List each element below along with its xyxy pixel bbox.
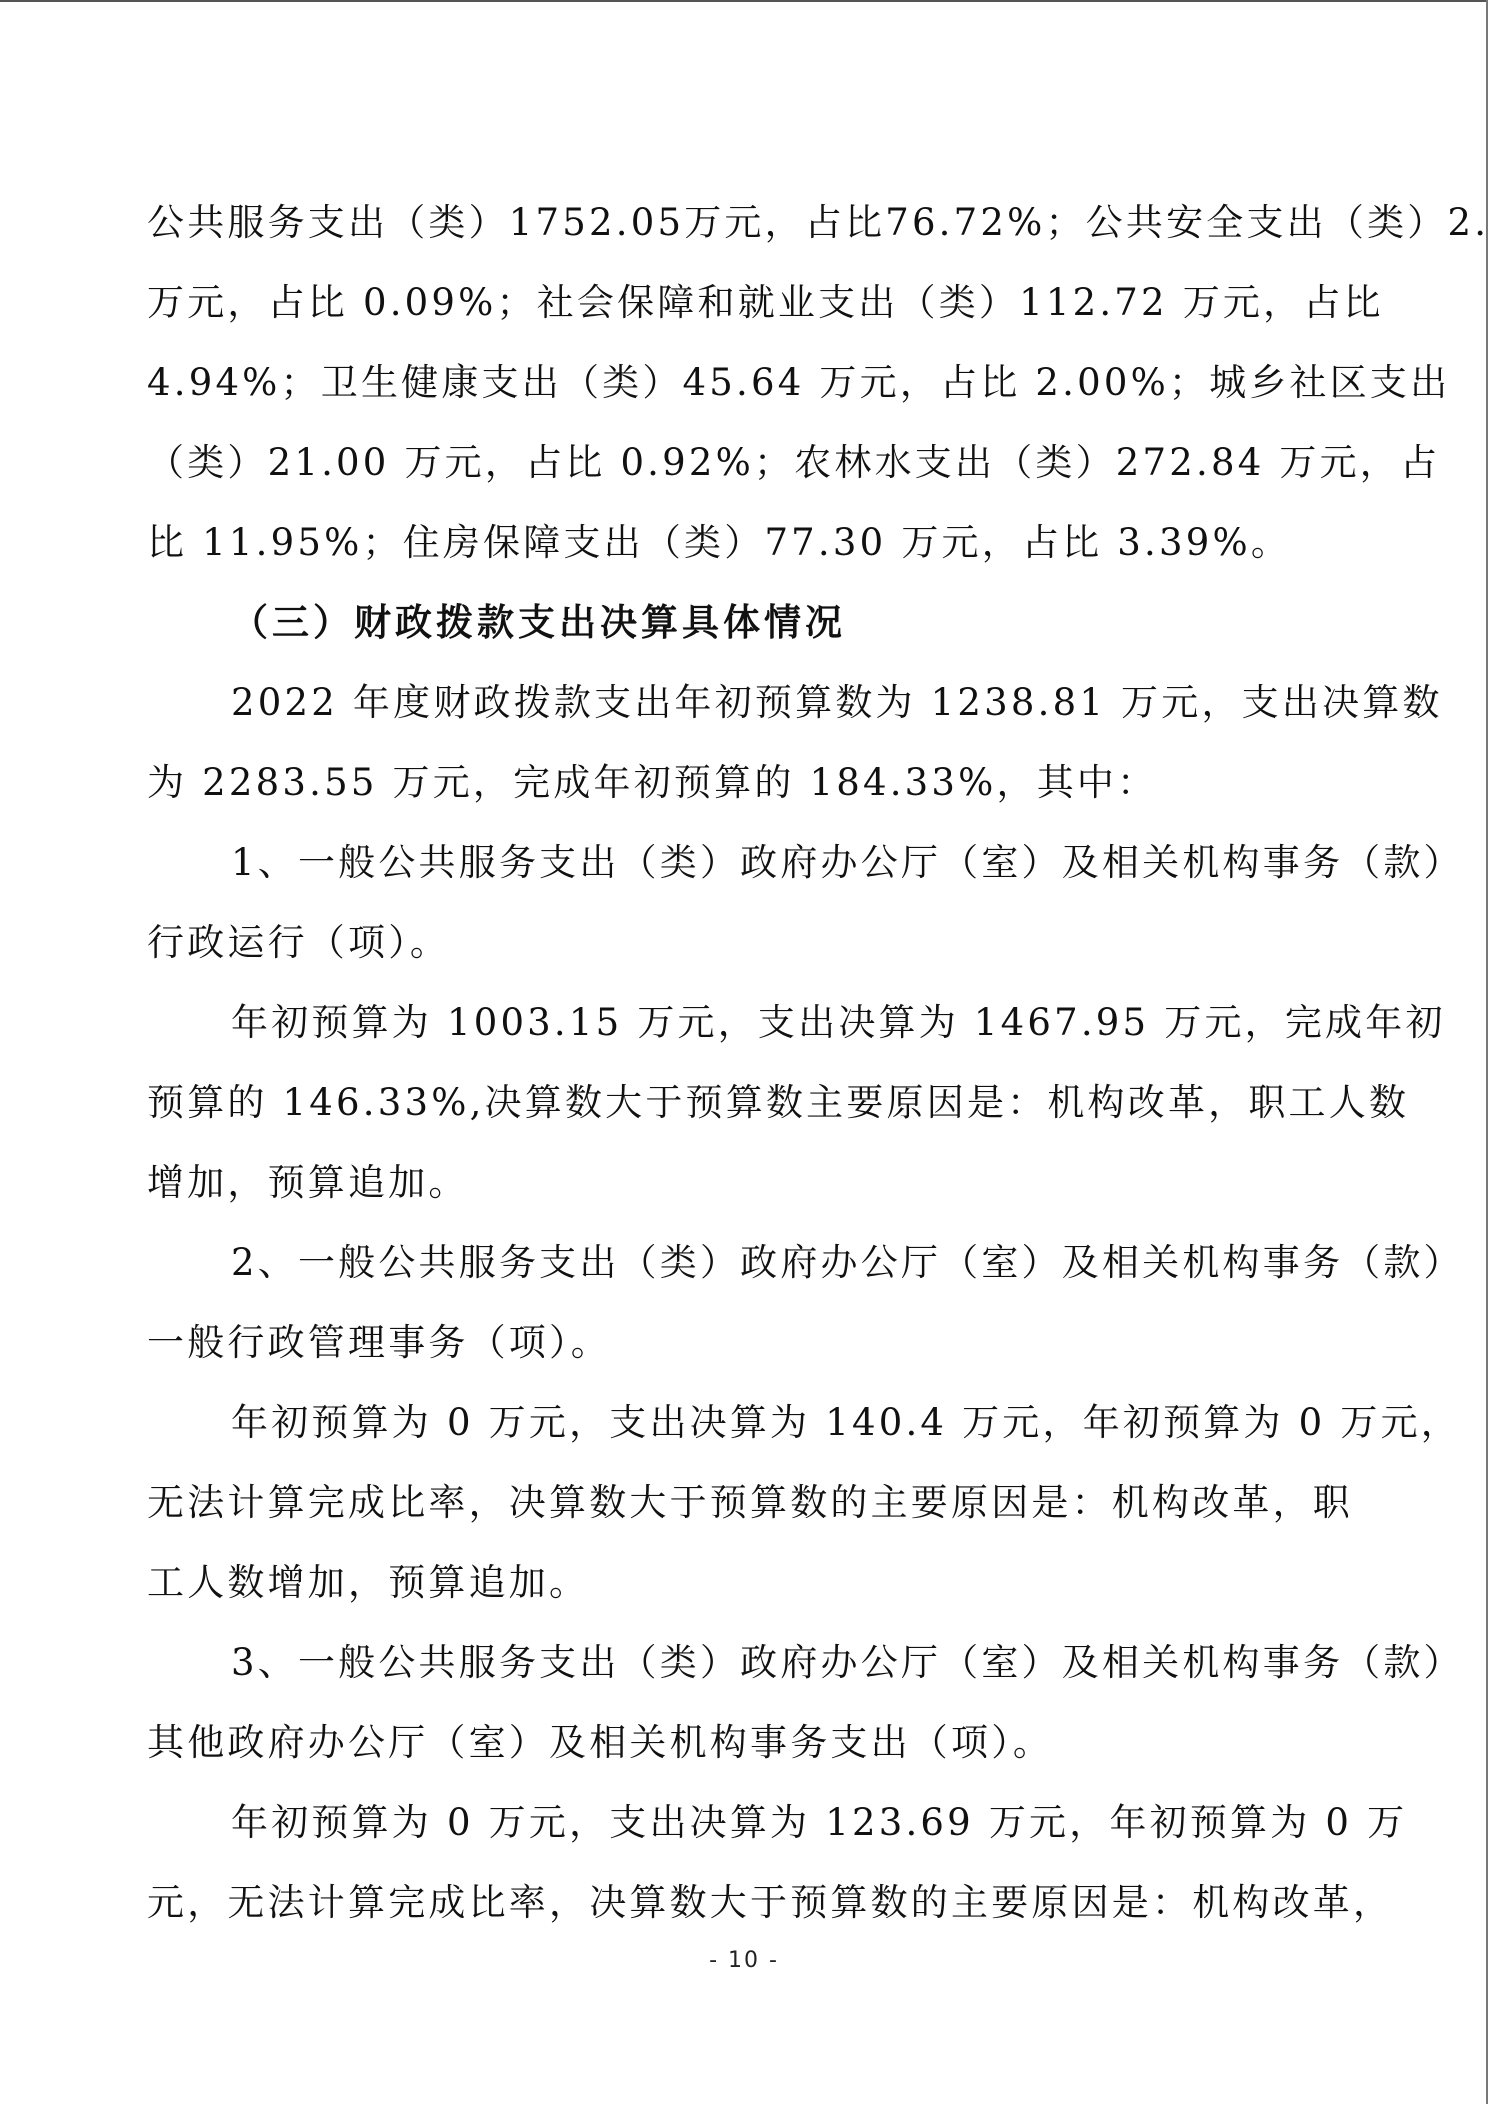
paragraph-line: 公共服务支出（类）1752.05万元，占比76.72%；公共安全支出（类）2.0…	[147, 195, 1347, 275]
item-body-line: 年初预算为 0 万元，支出决算为 140.4 万元，年初预算为 0 万元，	[147, 1395, 1347, 1475]
item-body-line: 年初预算为 0 万元，支出决算为 123.69 万元，年初预算为 0 万	[147, 1795, 1347, 1875]
document-page: 公共服务支出（类）1752.05万元，占比76.72%；公共安全支出（类）2.0…	[147, 195, 1347, 1955]
item-body-line: 预算的 146.33%,决算数大于预算数主要原因是：机构改革，职工人数	[147, 1075, 1347, 1155]
item-title-line: 行政运行（项）。	[147, 915, 1347, 995]
item-title-line: 2、一般公共服务支出（类）政府办公厅（室）及相关机构事务（款）	[147, 1235, 1347, 1315]
item-body-line: 增加，预算追加。	[147, 1155, 1347, 1235]
item-title-line: 1、一般公共服务支出（类）政府办公厅（室）及相关机构事务（款）	[147, 835, 1347, 915]
section-heading: （三）财政拨款支出决算具体情况	[147, 595, 1347, 675]
paragraph-line: （类）21.00 万元，占比 0.92%；农林水支出（类）272.84 万元，占	[147, 435, 1347, 515]
paragraph-line: 比 11.95%；住房保障支出（类）77.30 万元，占比 3.39%。	[147, 515, 1347, 595]
item-title-line: 其他政府办公厅（室）及相关机构事务支出（项）。	[147, 1715, 1347, 1795]
item-title-line: 3、一般公共服务支出（类）政府办公厅（室）及相关机构事务（款）	[147, 1635, 1347, 1715]
item-body-line: 无法计算完成比率，决算数大于预算数的主要原因是：机构改革，职	[147, 1475, 1347, 1555]
item-body-line: 年初预算为 1003.15 万元，支出决算为 1467.95 万元，完成年初	[147, 995, 1347, 1075]
item-title-line: 一般行政管理事务（项）。	[147, 1315, 1347, 1395]
item-body-line: 工人数增加，预算追加。	[147, 1555, 1347, 1635]
paragraph-line: 万元，占比 0.09%；社会保障和就业支出（类）112.72 万元，占比	[147, 275, 1347, 355]
page-number: - 10 -	[0, 1948, 1488, 1973]
item-body-line: 元，无法计算完成比率，决算数大于预算数的主要原因是：机构改革，	[147, 1875, 1347, 1955]
summary-line: 为 2283.55 万元，完成年初预算的 184.33%，其中：	[147, 755, 1347, 835]
summary-line: 2022 年度财政拨款支出年初预算数为 1238.81 万元，支出决算数	[147, 675, 1347, 755]
paragraph-line: 4.94%；卫生健康支出（类）45.64 万元，占比 2.00%；城乡社区支出	[147, 355, 1347, 435]
page-border-top	[0, 0, 1488, 2]
